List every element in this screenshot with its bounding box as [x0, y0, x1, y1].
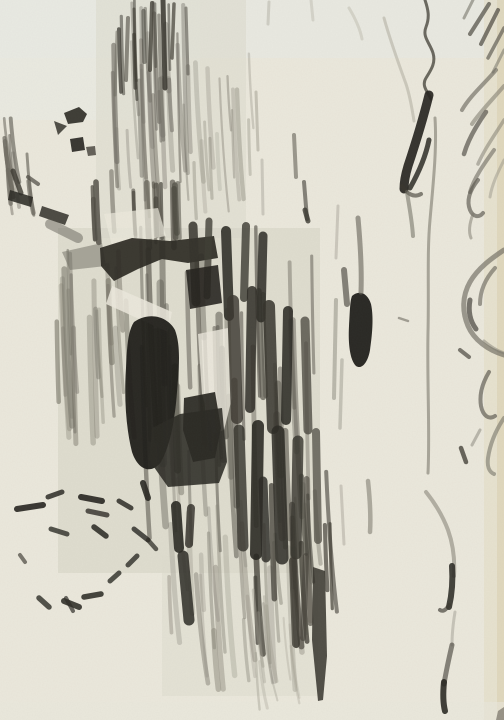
- bottom-dark-pair: [176, 506, 179, 548]
- lower-accent: [293, 561, 296, 644]
- br-curve-dark: [449, 566, 452, 607]
- scatter-dash: [368, 481, 370, 532]
- bottom-dark-drip: [183, 556, 189, 620]
- lower-band-stroke: [256, 426, 258, 554]
- top-column-strokes-stroke: [188, 66, 191, 152]
- scatter-dash: [340, 360, 342, 428]
- top-column-dark-strokes-stroke: [155, 4, 156, 67]
- dense-shoulder-strokes-stroke: [178, 184, 179, 238]
- upper-mass-stroke: [261, 236, 263, 318]
- top-accent: [163, 0, 165, 88]
- bottom-band: [0, 702, 504, 720]
- left-blob: [70, 137, 85, 152]
- lower-column-strokes-stroke: [169, 577, 171, 633]
- top-column-right-strokes-stroke: [249, 120, 251, 175]
- ripple-dash: [84, 594, 101, 597]
- left-hatch-strokes-stroke: [96, 309, 99, 377]
- blob-dash-left: [344, 270, 347, 304]
- sketchbook-page: [0, 0, 504, 720]
- scatter-dash: [268, 2, 269, 24]
- sketch-canvas: [0, 0, 504, 720]
- lower-band-stroke: [239, 430, 243, 546]
- br-curve2-tip: [443, 682, 445, 711]
- top-accent: [115, 32, 117, 95]
- broad-band-stroke: [250, 291, 252, 408]
- scatter-dash: [262, 160, 263, 214]
- page: { "meta": { "title": "Sketchbook page — …: [0, 0, 504, 720]
- lower-dark-strokes-stroke: [325, 525, 328, 590]
- top-accent: [172, 4, 174, 58]
- upper-mass-blob: [186, 265, 222, 309]
- broad-band-stroke: [305, 321, 308, 430]
- ripple-dash: [17, 505, 43, 509]
- top-accent: [186, 8, 188, 74]
- broad-band-stroke: [286, 311, 288, 420]
- ripple-dash: [81, 497, 102, 501]
- dense-shoulder-strokes-stroke: [96, 182, 99, 242]
- scatter-dash: [294, 135, 296, 177]
- upper-mass-stroke: [244, 226, 246, 298]
- right-page-edge: [497, 0, 504, 720]
- scatter-dash-tip: [305, 210, 308, 221]
- lower-accent: [263, 481, 266, 558]
- top-column-dark-strokes-stroke: [144, 11, 145, 62]
- scatter-dash: [334, 300, 336, 398]
- top-accent: [126, 18, 128, 80]
- left-hatch-strokes-stroke: [57, 322, 59, 402]
- top-accent: [150, 3, 152, 70]
- lower-band-stroke: [278, 432, 282, 558]
- broad-band-stroke: [269, 306, 273, 428]
- broad-band-stroke: [233, 301, 237, 418]
- top-column-dark-strokes-stroke: [169, 5, 170, 70]
- scatter-dash: [336, 206, 338, 258]
- scatter-dash: [311, 0, 313, 20]
- lower-band-stroke: [296, 441, 298, 554]
- scatter-dash: [256, 92, 258, 150]
- lower-band-stroke: [316, 432, 318, 540]
- lower-accent: [303, 556, 306, 638]
- bottom-dark-pair: [189, 508, 191, 544]
